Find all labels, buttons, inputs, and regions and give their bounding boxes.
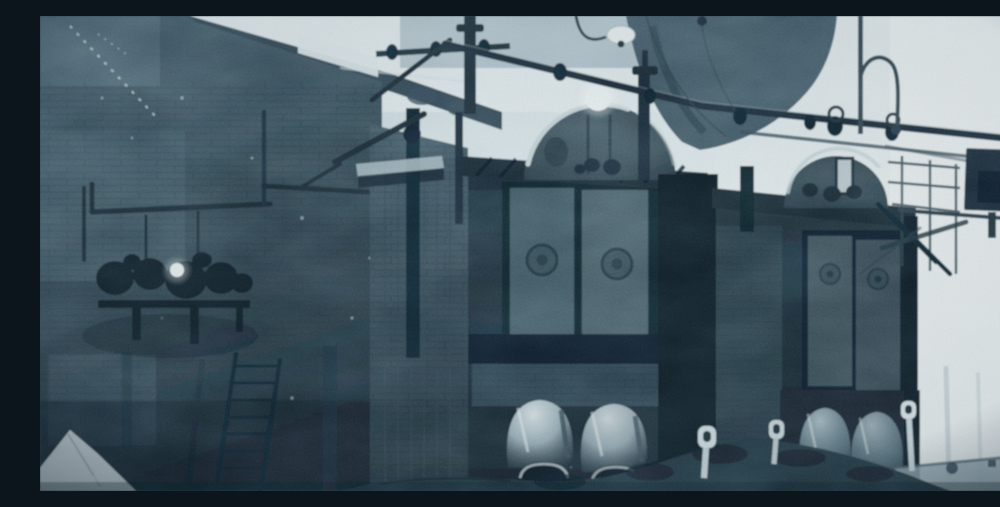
boiler-house-photo: Victorian boiler house interior with two… (40, 16, 1000, 491)
blue-duotone-tint (40, 16, 1000, 491)
photo-canvas: Victorian boiler house interior with two… (40, 16, 1000, 491)
